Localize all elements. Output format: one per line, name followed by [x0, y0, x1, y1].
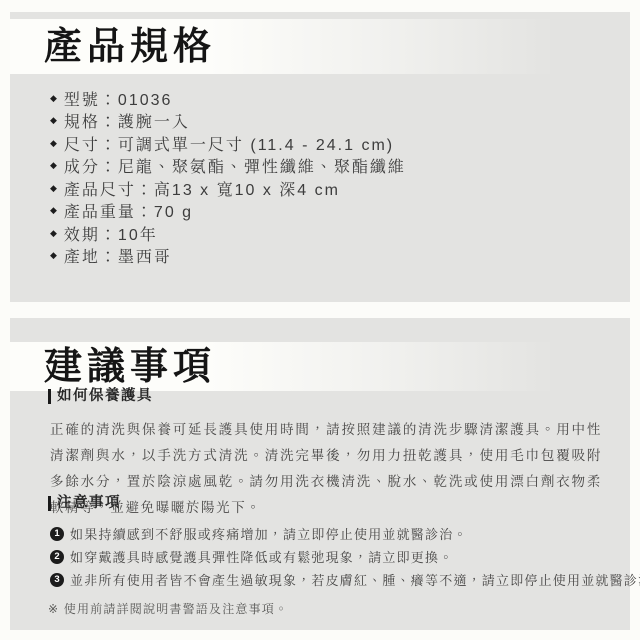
number-1-badge: 1: [50, 527, 64, 541]
heading-bar: [48, 496, 51, 511]
advice-section: 建議事項 如何保養護具 正確的清洗與保養可延長護具使用時間，請按照建議的清洗步驟…: [10, 318, 630, 630]
spec-item-weight: ◆ 產品重量：70 g: [50, 200, 610, 223]
notice-list: 1 如果持續感到不舒服或疼痛增加，請立即停止使用並就醫診治。 2 如穿戴護具時感…: [50, 522, 600, 591]
advice-section-title: 建議事項: [10, 348, 216, 386]
notice-item-2: 2 如穿戴護具時感覺護具彈性降低或有鬆弛現象，請立即更換。: [50, 545, 600, 568]
diamond-bullet-icon: ◆: [50, 205, 57, 216]
notice-item-text: 如穿戴護具時感覺護具彈性降低或有鬆弛現象，請立即更換。: [70, 547, 453, 566]
spec-list: ◆ 型號：01036 ◆ 規格：護腕一入 ◆ 尺寸：可調式單一尺寸 (11.4 …: [50, 87, 610, 267]
number-3-badge: 3: [50, 573, 64, 587]
spec-item-text: 產品尺寸：高13 x 寬10 x 深4 cm: [64, 177, 340, 200]
diamond-bullet-icon: ◆: [50, 183, 57, 194]
diamond-bullet-icon: ◆: [50, 138, 57, 149]
spec-item-text: 產品重量：70 g: [64, 199, 193, 222]
diamond-bullet-icon: ◆: [50, 160, 57, 171]
advice-title-band: 建議事項: [10, 342, 630, 391]
diamond-bullet-icon: ◆: [50, 228, 57, 239]
diamond-bullet-icon: ◆: [50, 250, 57, 261]
spec-item-text: 產地：墨西哥: [64, 244, 172, 267]
spec-item-origin: ◆ 產地：墨西哥: [50, 245, 610, 268]
heading-bar: [48, 389, 51, 404]
notice-item-text: 如果持續感到不舒服或疼痛增加，請立即停止使用並就醫診治。: [70, 524, 468, 543]
notice-item-3: 3 並非所有使用者皆不會產生過敏現象，若皮膚紅、腫、癢等不適，請立即停止使用並就…: [50, 568, 600, 591]
spec-item-material: ◆ 成分：尼龍、聚氨酯、彈性纖維、聚酯纖維: [50, 155, 610, 178]
care-heading: 如何保養護具: [48, 389, 153, 404]
number-2-badge: 2: [50, 550, 64, 564]
spec-item-text: 效期：10年: [64, 222, 158, 245]
spec-section: 產品規格 ◆ 型號：01036 ◆ 規格：護腕一入 ◆ 尺寸：可調式單一尺寸 (…: [10, 12, 630, 302]
notice-heading: 注意事項: [48, 496, 121, 511]
diamond-bullet-icon: ◆: [50, 93, 57, 104]
spec-item-size: ◆ 尺寸：可調式單一尺寸 (11.4 - 24.1 cm): [50, 132, 610, 155]
spec-item-dimensions: ◆ 產品尺寸：高13 x 寬10 x 深4 cm: [50, 177, 610, 200]
notice-item-text: 並非所有使用者皆不會產生過敏現象，若皮膚紅、腫、癢等不適，請立即停止使用並就醫診…: [70, 570, 640, 589]
spec-item-text: 成分：尼龍、聚氨酯、彈性纖維、聚酯纖維: [64, 154, 406, 177]
spec-item-text: 尺寸：可調式單一尺寸 (11.4 - 24.1 cm): [64, 132, 394, 155]
spec-item-model: ◆ 型號：01036: [50, 87, 610, 110]
care-instructions-text: 正確的清洗與保養可延長護具使用時間，請按照建議的清洗步驟清潔護具。用中性清潔劑與…: [50, 417, 602, 521]
care-heading-text: 如何保養護具: [57, 389, 153, 404]
notice-heading-text: 注意事項: [57, 496, 121, 511]
notice-item-1: 1 如果持續感到不舒服或疼痛增加，請立即停止使用並就醫診治。: [50, 522, 600, 545]
spec-title-band: 產品規格: [10, 19, 630, 74]
spec-item-expiry: ◆ 效期：10年: [50, 222, 610, 245]
spec-item-text: 型號：01036: [64, 87, 173, 110]
usage-footnote: ※ 使用前請詳閱說明書警語及注意事項。: [48, 600, 288, 617]
diamond-bullet-icon: ◆: [50, 115, 57, 126]
product-info-page: 產品規格 ◆ 型號：01036 ◆ 規格：護腕一入 ◆ 尺寸：可調式單一尺寸 (…: [0, 0, 640, 640]
spec-item-type: ◆ 規格：護腕一入: [50, 110, 610, 133]
spec-item-text: 規格：護腕一入: [64, 109, 190, 132]
spec-section-title: 產品規格: [10, 28, 216, 66]
